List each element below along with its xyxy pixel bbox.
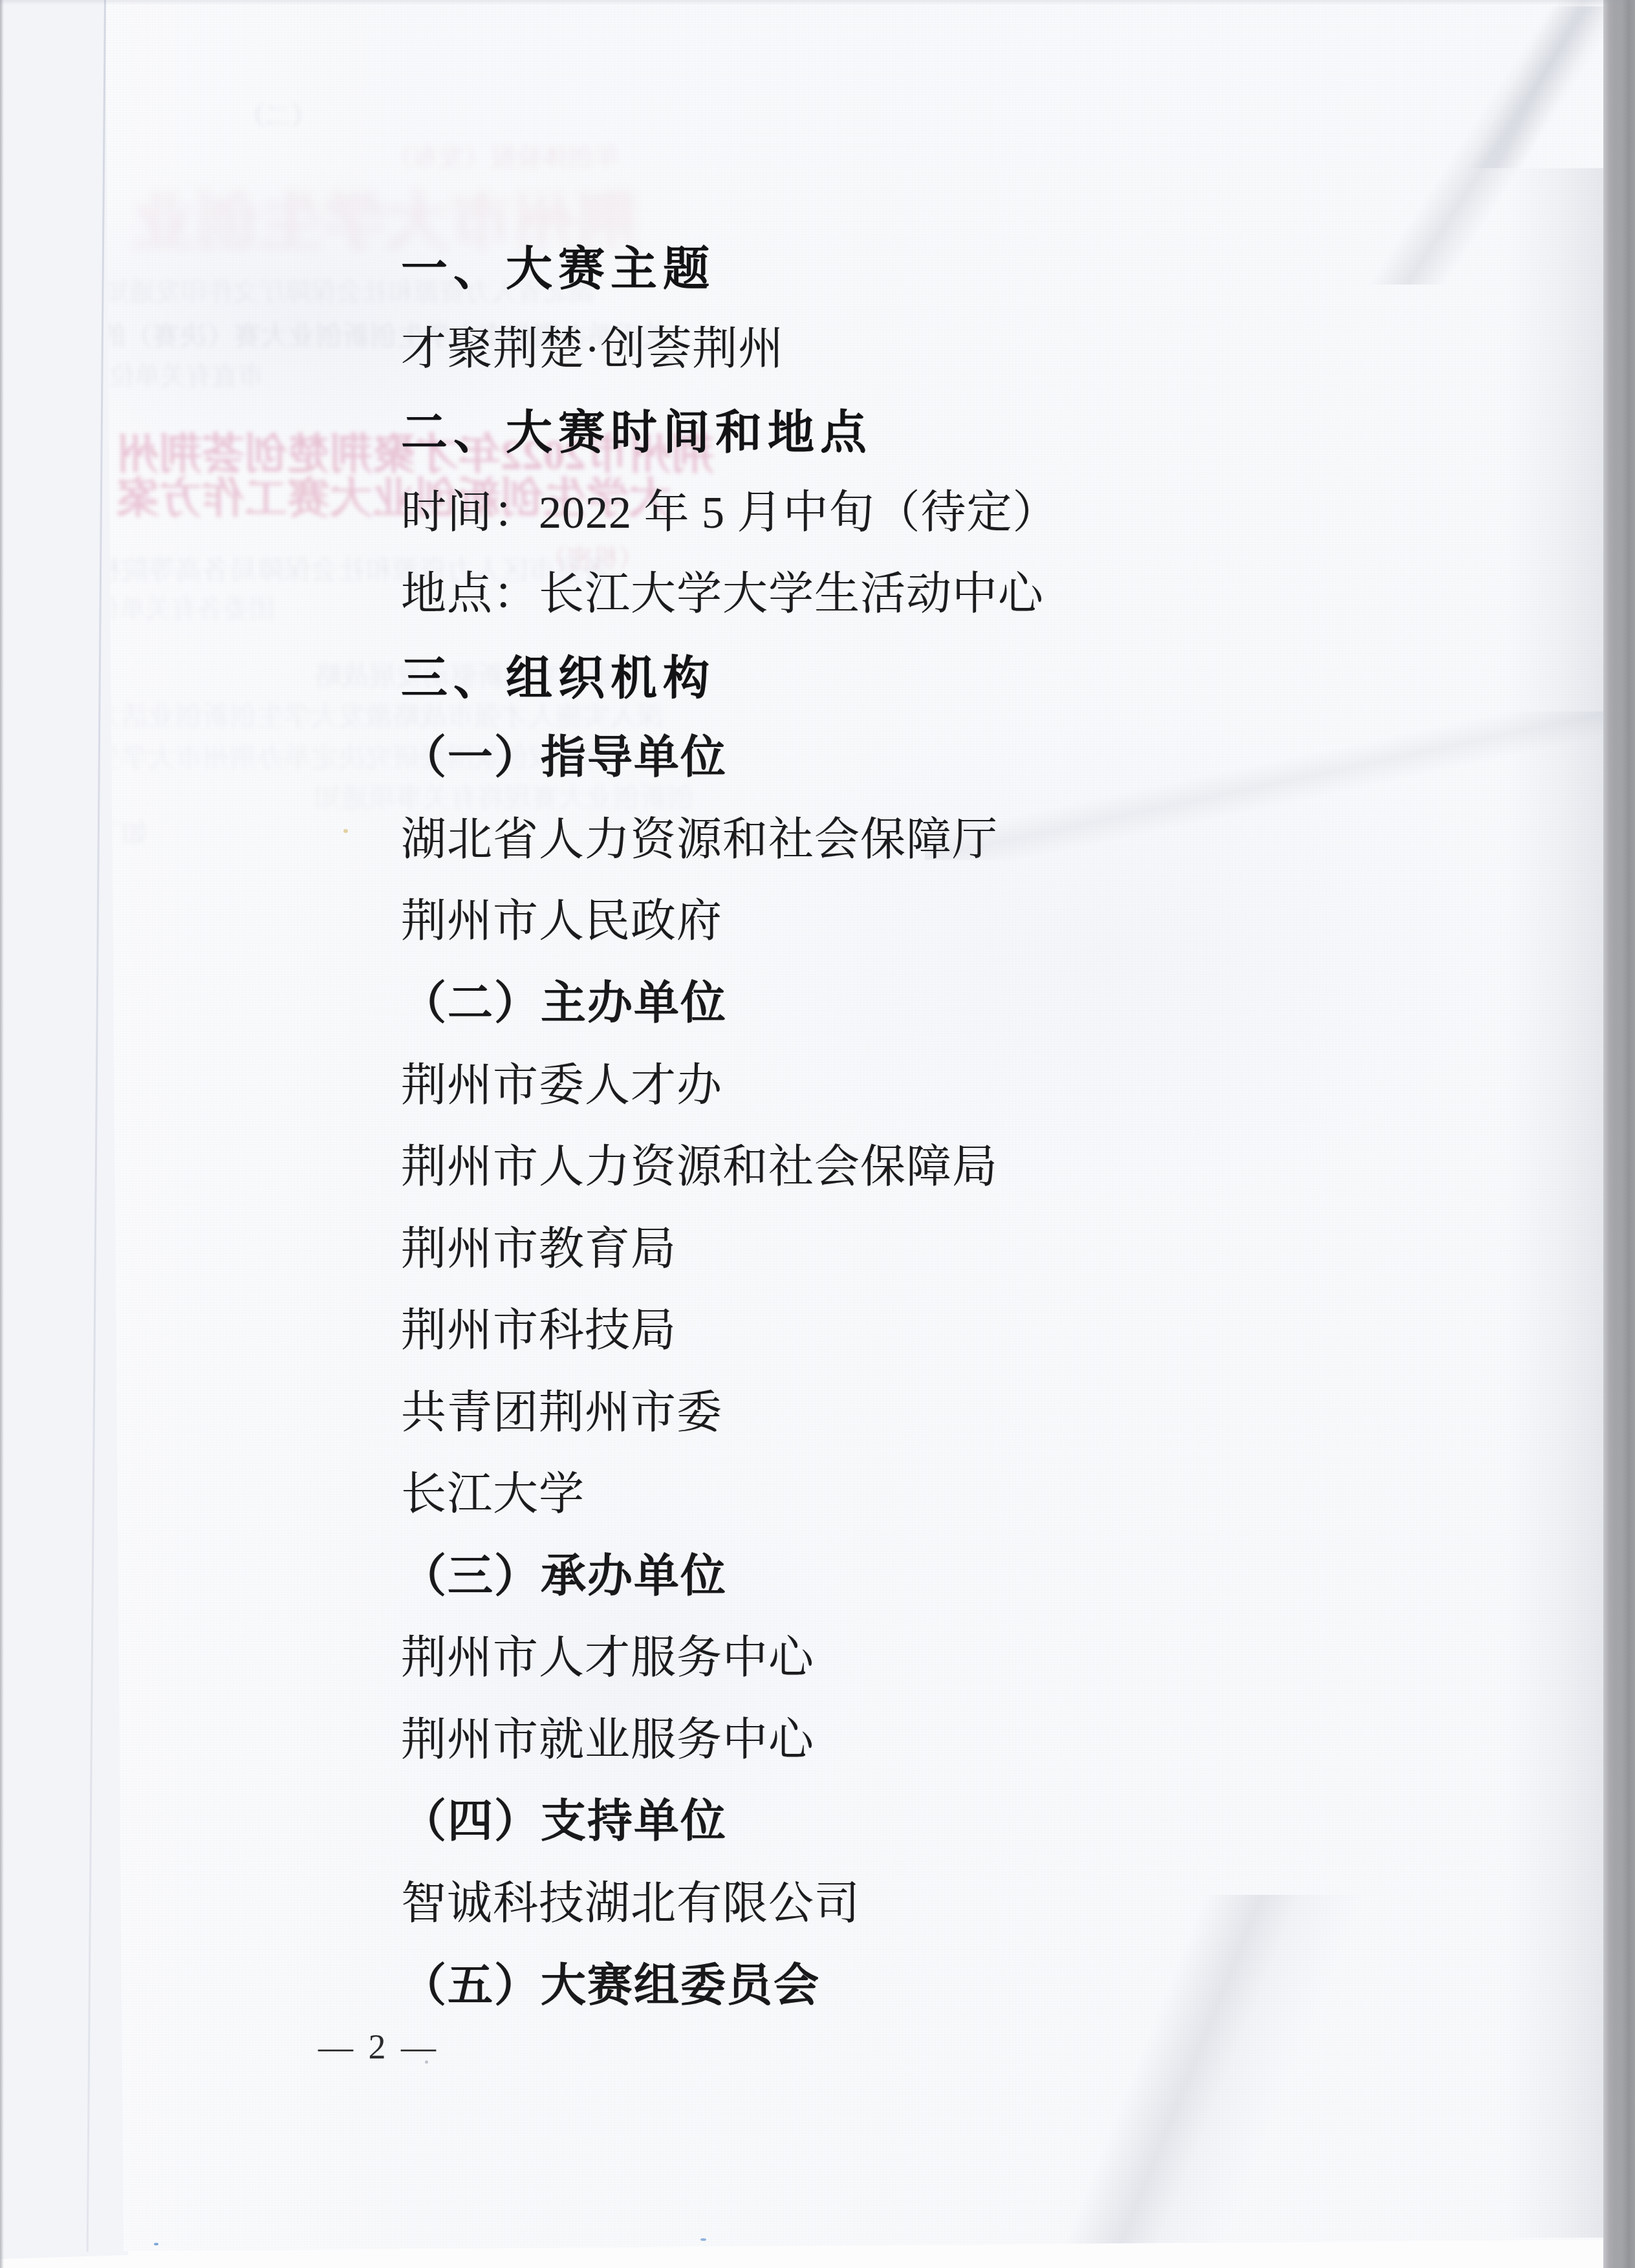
sheet-main: （二）年创体验报（发布）荆州市大学生创业湖北省人力资源和社会保障厅文件印发通知关… xyxy=(0,0,1635,2268)
doc-line-subheading: （二）主办单位 xyxy=(401,982,727,1027)
doc-line-body: 共青团荆州市委 xyxy=(401,1391,722,1436)
doc-line-body: 时间：2022 年 5 月中旬（待定） xyxy=(401,491,1059,536)
bleedthrough-text: （机密） xyxy=(541,545,644,573)
doc-line-body: 荆州市就业服务中心 xyxy=(401,1718,814,1764)
doc-line-heading: 一、大赛主题 xyxy=(401,245,715,292)
bleedthrough-text: （二） xyxy=(239,102,317,131)
doc-line-subheading: （一）指导单位 xyxy=(401,736,727,781)
crease-shadow-top-right xyxy=(1345,6,1635,285)
doc-line-body: 荆州市教育局 xyxy=(401,1227,677,1273)
doc-line-body: 智诚科技湖北有限公司 xyxy=(401,1882,860,1927)
paper-speck xyxy=(154,2243,158,2245)
doc-line-body: 才聚荆楚·创荟荆州 xyxy=(401,327,784,373)
scanner-edge-top xyxy=(0,0,1635,5)
scanner-background: { "page": { "number_label": "— 2 —" }, "… xyxy=(0,0,1635,2268)
doc-line-subheading: （四）支持单位 xyxy=(401,1800,727,1845)
bleedthrough-text: 深入实施人才强市战略激发大学生创新创业活力 xyxy=(94,702,664,732)
doc-line-body: 荆州市人民政府 xyxy=(401,900,722,945)
doc-line-heading: 三、组织机构 xyxy=(401,654,715,701)
crease-shadow-right-margin xyxy=(1507,168,1603,2238)
page-number: — 2 — xyxy=(318,2029,439,2064)
doc-line-body: 荆州市人才服务中心 xyxy=(401,1636,814,1681)
doc-line-body: 荆州市人力资源和社会保障局 xyxy=(401,1145,998,1191)
doc-line-heading: 二、大赛时间和地点 xyxy=(401,409,872,455)
doc-line-body: 地点：长江大学大学生活动中心 xyxy=(401,572,1044,618)
bleedthrough-text: 创新创业大赛现将有关事项通知 xyxy=(314,784,695,814)
doc-line-body: 长江大学 xyxy=(401,1473,585,1518)
doc-line-body: 湖北省人力资源和社会保障厅 xyxy=(401,818,998,863)
doc-line-subheading: （三）承办单位 xyxy=(401,1555,727,1600)
scanner-edge-left xyxy=(0,0,4,2268)
crease-shadow-middle-right xyxy=(925,711,1603,860)
doc-line-body: 荆州市科技局 xyxy=(401,1309,677,1354)
crease-shadow-bottom-right xyxy=(796,1895,1603,2251)
doc-line-body: 荆州市委人才办 xyxy=(401,1064,722,1109)
bleedthrough-text: 年创体验报（发布） xyxy=(387,144,620,172)
bleedthrough-text: 市直有关单位 xyxy=(109,362,264,391)
bleedthrough-text: 团委各有关单位 xyxy=(94,595,275,623)
paper-speck xyxy=(343,829,348,833)
scanner-gutter-right xyxy=(1603,0,1635,2268)
doc-line-subheading: （五）大赛组委员会 xyxy=(401,1964,820,2009)
paper-speck xyxy=(700,2238,706,2241)
scanned-document: （二）年创体验报（发布）荆州市大学生创业湖北省人力资源和社会保障厅文件印发通知关… xyxy=(0,0,1635,2268)
